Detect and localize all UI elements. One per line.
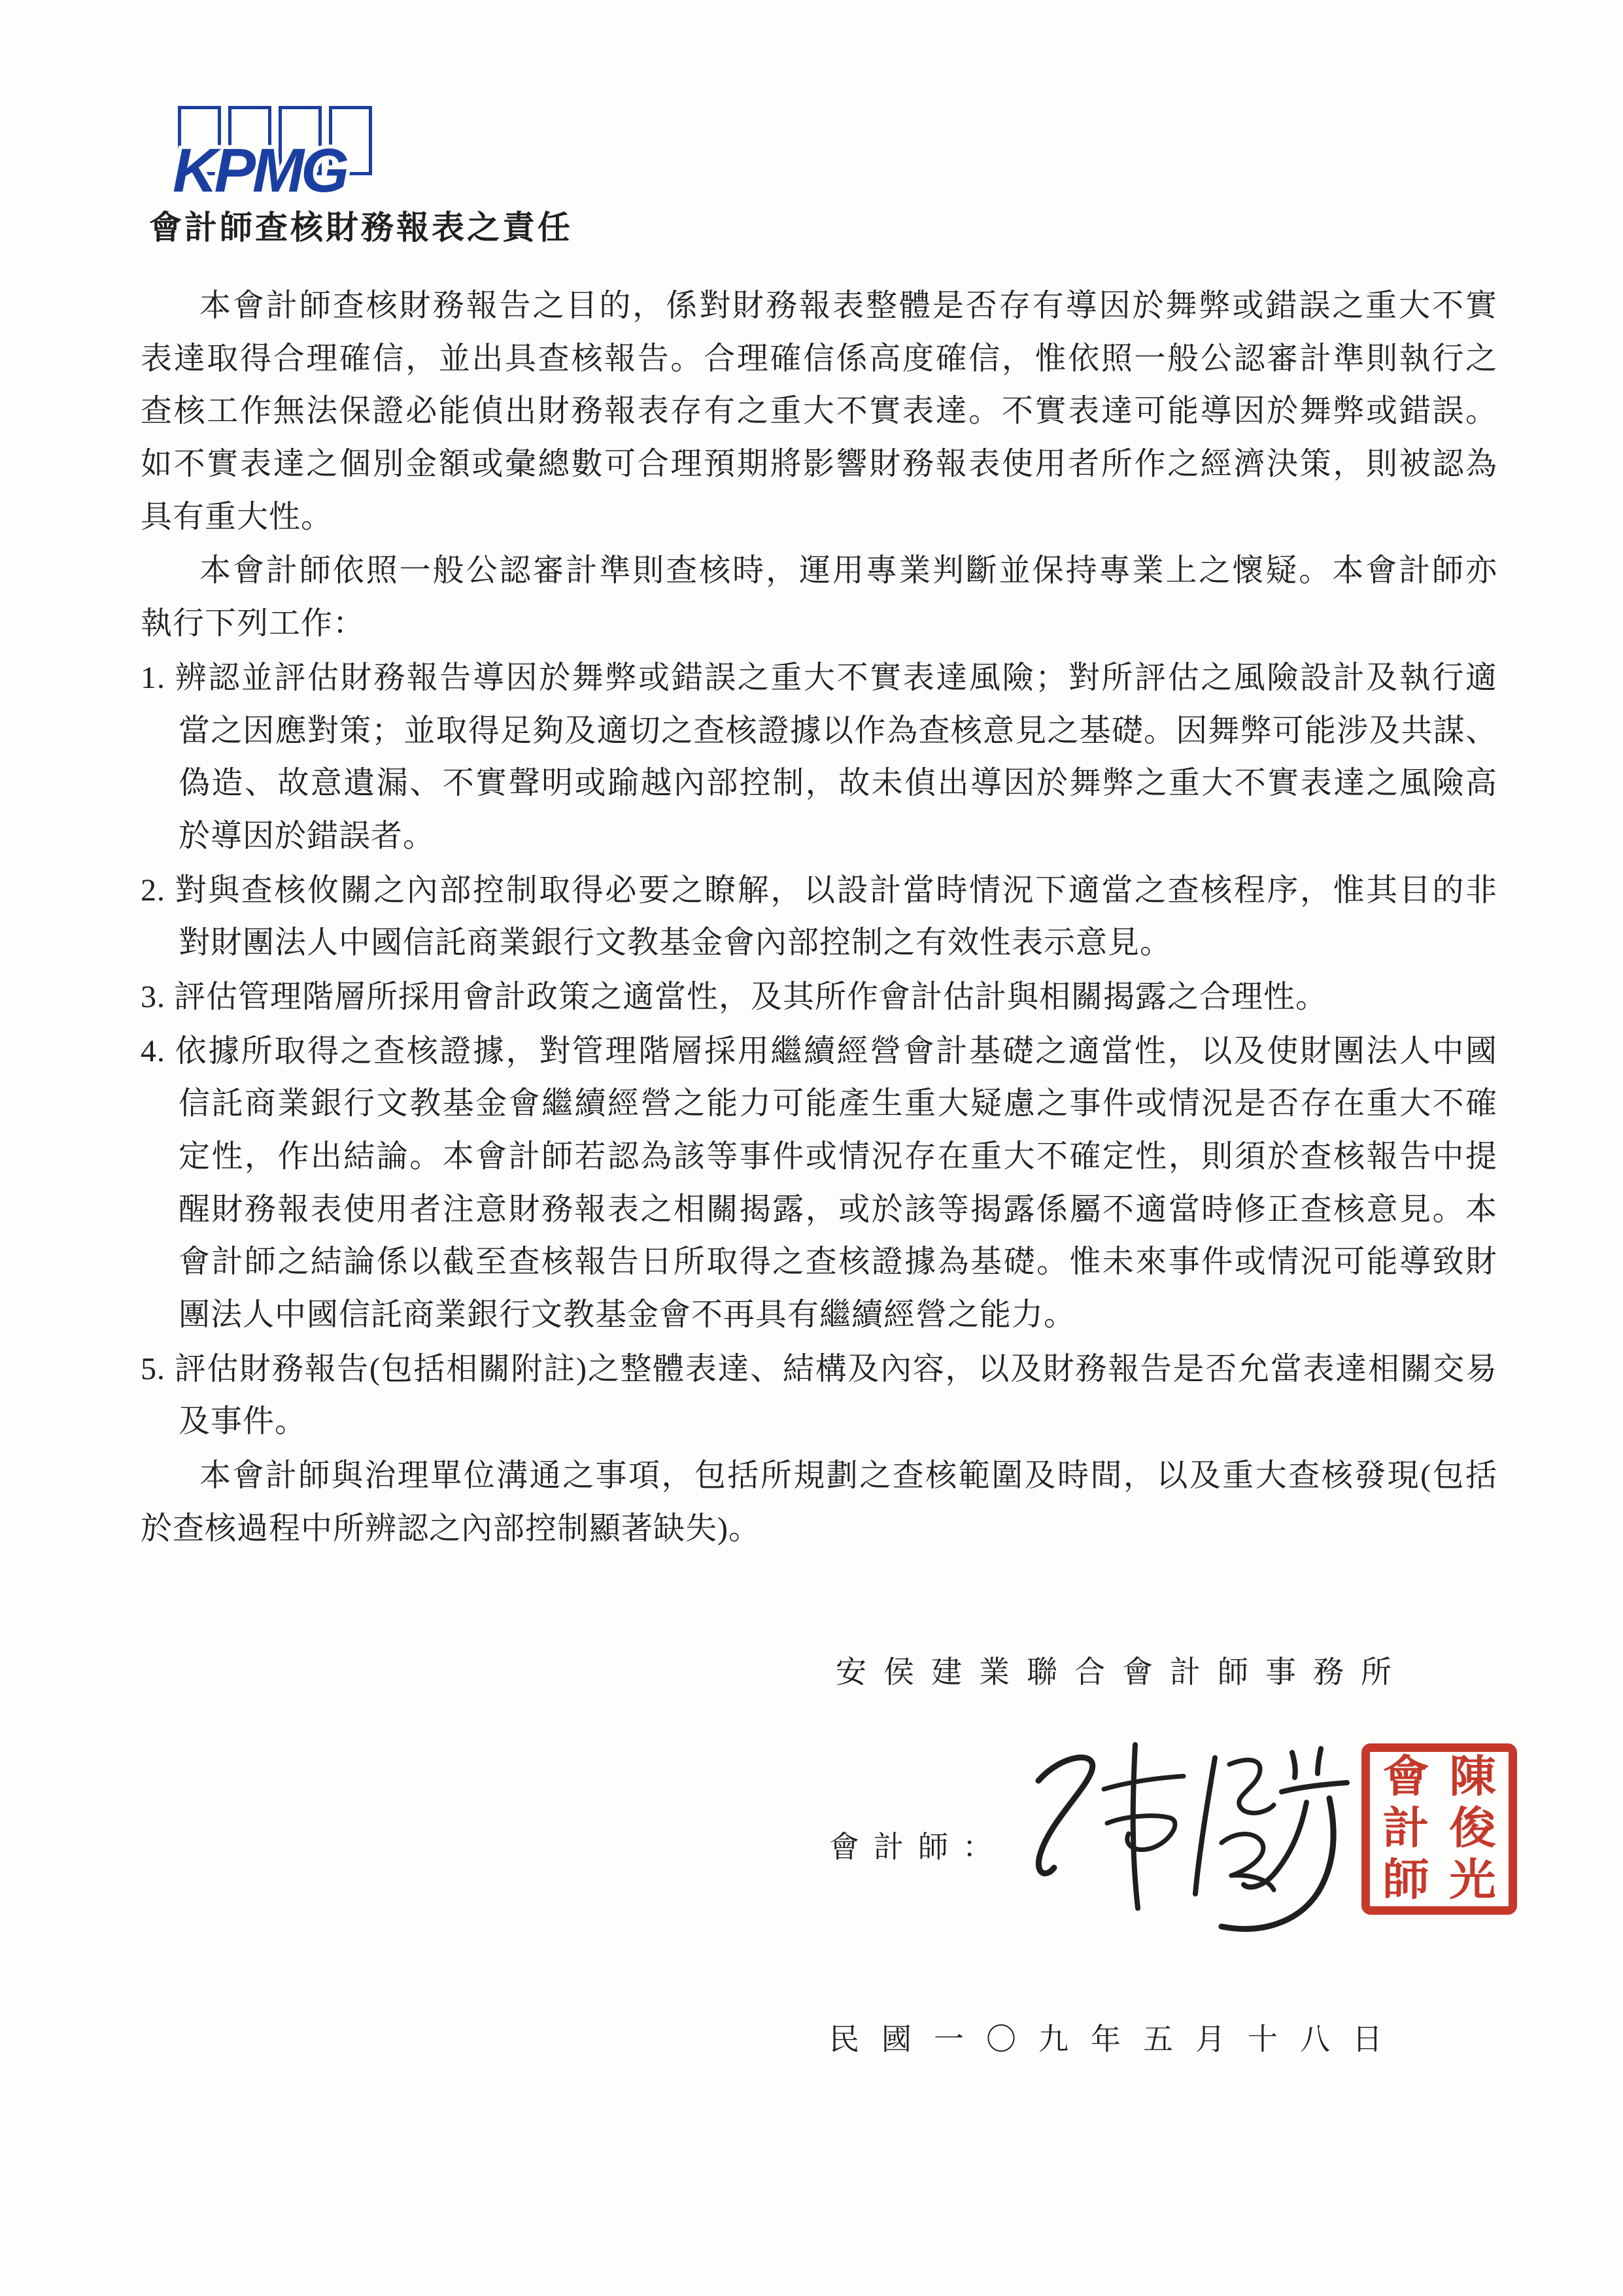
seal-col-right: 陳俊光 <box>1439 1757 1506 1901</box>
text-line: 表達取得合理確信，並出具查核報告。合理確信係高度確信，惟依照一般公認審計準則執行… <box>141 333 1497 386</box>
text-line: 2. 對與查核攸關之內部控制取得必要之瞭解，以設計當時情況下適當之查核程序，惟其… <box>141 865 1497 917</box>
seal-col-left: 會計師 <box>1373 1757 1439 1901</box>
text-line: 於導因於錯誤者。 <box>141 810 1497 863</box>
section-title: 會計師查核財務報表之責任 <box>149 201 573 248</box>
seal-character: 會 <box>1382 1756 1429 1800</box>
text-line: 查核工作無法保證必能偵出財務報表存有之重大不實表達。不實表達可能導因於舞弊或錯誤… <box>141 385 1497 438</box>
paragraph: 本會計師查核財務報告之目的，係對財務報表整體是否存有導因於舞弊或錯誤之重大不實表… <box>141 280 1497 543</box>
text-line: 團法人中國信託商業銀行文教基金會不再具有繼續經營之能力。 <box>141 1289 1497 1342</box>
accountant-seal: 會計師陳俊光 <box>1361 1743 1517 1915</box>
list-item: 1. 辨認並評估財務報告導因於舞弊或錯誤之重大不實表達風險；對所評估之風險設計及… <box>141 652 1497 863</box>
seal-character: 師 <box>1382 1859 1429 1903</box>
kpmg-logo-text: KPMG <box>173 140 381 202</box>
text-line: 信託商業銀行文教基金會繼續經營之能力可能產生重大疑慮之事件或情況是否存在重大不確 <box>141 1078 1497 1131</box>
text-line: 本會計師查核財務報告之目的，係對財務報表整體是否存有導因於舞弊或錯誤之重大不實 <box>141 280 1497 333</box>
seal-character: 俊 <box>1449 1808 1495 1851</box>
list-item: 2. 對與查核攸關之內部控制取得必要之瞭解，以設計當時情況下適當之查核程序，惟其… <box>141 865 1497 970</box>
text-line: 1. 辨認並評估財務報告導因於舞弊或錯誤之重大不實表達風險；對所評估之風險設計及… <box>141 652 1497 705</box>
text-line: 本會計師與治理單位溝通之事項，包括所規劃之查核範圍及時間，以及重大查核發現(包括 <box>141 1450 1497 1503</box>
list-item: 3. 評估管理階層所採用會計政策之適當性，及其所作會計估計與相關揭露之合理性。 <box>141 971 1497 1024</box>
text-line: 5. 評估財務報告(包括相關附註)之整體表達、結構及內容，以及財務報告是否允當表… <box>141 1343 1497 1396</box>
text-line: 4. 依據所取得之查核證據，對管理階層採用繼續經營會計基礎之適當性，以及使財團法… <box>141 1025 1497 1078</box>
text-line: 偽造、故意遺漏、不實聲明或踰越內部控制，故未偵出導因於舞弊之重大不實表達之風險高 <box>141 757 1497 810</box>
report-date: 民國一〇九年五月十八日 <box>829 2015 1405 2059</box>
text-line: 本會計師依照一般公認審計準則查核時，運用專業判斷並保持專業上之懷疑。本會計師亦 <box>141 545 1497 598</box>
accountant-signature <box>999 1719 1365 1947</box>
accountant-label: 會計師： <box>829 1823 1007 1866</box>
paragraph: 本會計師依照一般公認審計準則查核時，運用專業判斷並保持專業上之懷疑。本會計師亦執… <box>141 545 1497 650</box>
seal-character: 計 <box>1382 1808 1429 1851</box>
text-line: 醒財務報表使用者注意財務報表之相關揭露，或於該等揭露係屬不適當時修正查核意見。本 <box>141 1184 1497 1237</box>
text-line: 於查核過程中所辨認之內部控制顯著缺失)。 <box>141 1503 1497 1556</box>
text-line: 對財團法人中國信託商業銀行文教基金會內部控制之有效性表示意見。 <box>141 917 1497 970</box>
document-body: 本會計師查核財務報告之目的，係對財務報表整體是否存有導因於舞弊或錯誤之重大不實表… <box>141 280 1497 1556</box>
text-line: 會計師之結論係以截至查核報告日所取得之查核證據為基礎。惟未來事件或情況可能導致財 <box>141 1236 1497 1289</box>
audit-report-page: KPMG 會計師查核財務報表之責任 本會計師查核財務報告之目的，係對財務報表整體… <box>0 0 1623 2296</box>
text-line: 定性，作出結論。本會計師若認為該等事件或情況存在重大不確定性，則須於查核報告中提 <box>141 1131 1497 1184</box>
seal-character: 陳 <box>1449 1756 1495 1800</box>
text-line: 3. 評估管理階層所採用會計政策之適當性，及其所作會計估計與相關揭露之合理性。 <box>141 971 1497 1024</box>
audit-firm-name: 安侯建業聯合會計師事務所 <box>836 1648 1409 1692</box>
kpmg-logo: KPMG <box>178 106 381 202</box>
text-line: 及事件。 <box>141 1396 1497 1448</box>
text-line: 具有重大性。 <box>141 491 1497 544</box>
seal-character: 光 <box>1449 1859 1495 1903</box>
text-line: 如不實表達之個別金額或彙總數可合理預期將影響財務報表使用者所作之經濟決策，則被認… <box>141 438 1497 491</box>
text-line: 執行下列工作： <box>141 598 1497 651</box>
list-item: 4. 依據所取得之查核證據，對管理階層採用繼續經營會計基礎之適當性，以及使財團法… <box>141 1025 1497 1342</box>
text-line: 當之因應對策；並取得足夠及適切之查核證據以作為查核意見之基礎。因舞弊可能涉及共謀… <box>141 705 1497 758</box>
list-item: 5. 評估財務報告(包括相關附註)之整體表達、結構及內容，以及財務報告是否允當表… <box>141 1343 1497 1448</box>
paragraph: 本會計師與治理單位溝通之事項，包括所規劃之查核範圍及時間，以及重大查核發現(包括… <box>141 1450 1497 1555</box>
